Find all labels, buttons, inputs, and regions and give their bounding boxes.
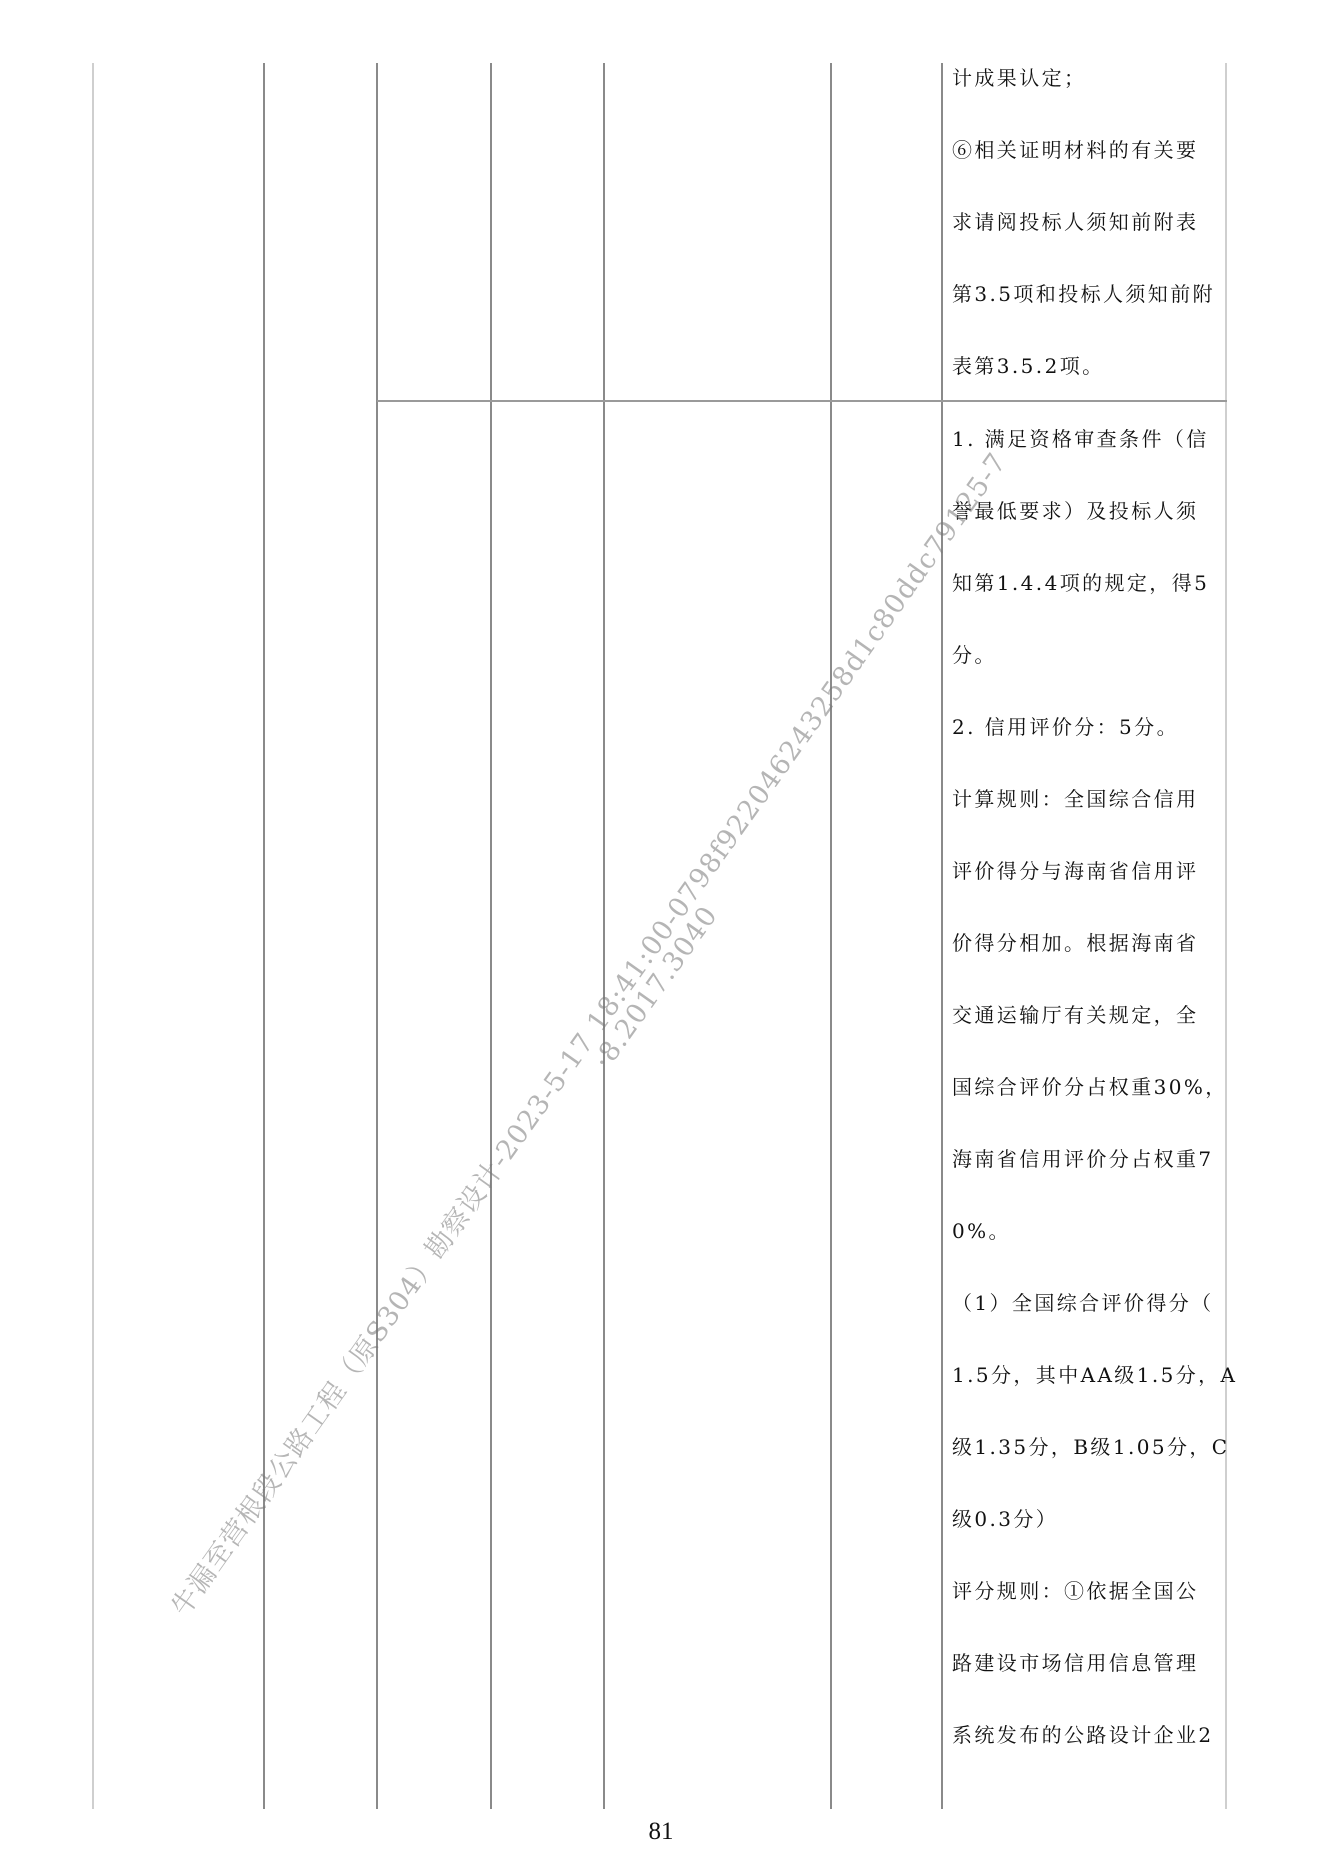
text-line: 价得分相加。根据海南省 xyxy=(952,931,1198,955)
watermark: 牛漏至营根段公路工程（原S304）勘察设计-2023-5-17 18:41:00… xyxy=(160,443,1014,1623)
text-line: 计算规则：全国综合信用 xyxy=(952,787,1198,811)
text-line: 0%。 xyxy=(952,1219,1011,1243)
text-line: 2. 信用评价分：5分。 xyxy=(952,715,1179,739)
text-line: 级0.3分） xyxy=(952,1507,1058,1531)
column-divider-1 xyxy=(263,63,265,1809)
text-line: 路建设市场信用信息管理 xyxy=(952,1651,1198,1675)
column-divider-2 xyxy=(376,63,378,1809)
column-divider-3 xyxy=(490,63,492,1809)
text-line: 1.5分，其中AA级1.5分，A xyxy=(952,1363,1237,1387)
text-line: 国综合评价分占权重30%， xyxy=(952,1075,1228,1099)
text-line: 求请阅投标人须知前附表 xyxy=(952,210,1198,234)
text-line: 级1.35分，B级1.05分，C xyxy=(952,1435,1229,1459)
column-divider-4 xyxy=(603,63,605,1809)
text-line: 分。 xyxy=(952,643,997,667)
text-line: 誉最低要求）及投标人须 xyxy=(952,499,1198,523)
text-line: 知第1.4.4项的规定，得5 xyxy=(952,571,1209,595)
text-line: 评分规则：①依据全国公 xyxy=(952,1579,1198,1603)
text-line: 计成果认定； xyxy=(952,66,1086,90)
column-divider-5 xyxy=(830,63,832,1809)
column-divider-6 xyxy=(941,63,943,1809)
text-line: 1. 满足资格审查条件（信 xyxy=(952,427,1209,451)
table-border-left xyxy=(92,63,94,1809)
watermark-line-2: ·8.2017.3040 xyxy=(587,900,724,1075)
text-line: 评价得分与海南省信用评 xyxy=(952,859,1198,883)
table-border-right xyxy=(1225,63,1227,1809)
row-divider xyxy=(377,400,1227,402)
text-line: ⑥相关证明材料的有关要 xyxy=(952,138,1198,162)
text-line: 表第3.5.2项。 xyxy=(952,354,1105,378)
text-line: 第3.5项和投标人须知前附 xyxy=(952,282,1215,306)
text-line: 海南省信用评价分占权重7 xyxy=(952,1147,1214,1171)
page-number: 81 xyxy=(0,1818,1322,1846)
text-line: 交通运输厅有关规定，全 xyxy=(952,1003,1198,1027)
watermark-line-1: 牛漏至营根段公路工程（原S304）勘察设计-2023-5-17 18:41:00… xyxy=(160,443,1014,1623)
text-line: 系统发布的公路设计企业2 xyxy=(952,1723,1214,1747)
text-line: （1）全国综合评价得分（ xyxy=(952,1291,1214,1315)
